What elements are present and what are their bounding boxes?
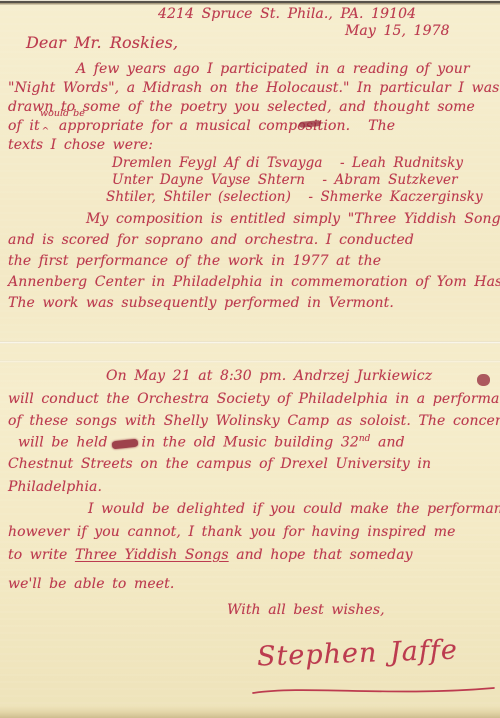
para2-line1: My composition is entitled simply "Three… [86, 211, 500, 229]
salutation-line: Dear Mr. Roskies, [26, 33, 178, 53]
para1-line4-end: The [368, 118, 395, 134]
para3-line6: Philadelphia. [8, 479, 102, 497]
song-separator: - [308, 189, 313, 205]
para4-line1: I would be delighted if you could make t… [88, 501, 500, 519]
scribbled-out-word [111, 438, 138, 449]
para2-line3: the first performance of the work in 197… [8, 253, 381, 271]
para1-line4-pre: of it [8, 118, 40, 134]
song-separator: - [322, 172, 327, 188]
handwritten-letter: 4214 Spruce St. Phila., PA. 19104 May 15… [0, 0, 500, 718]
song-title: Shtiler, Shtiler (selection) [106, 189, 291, 205]
para3-line4: will be heldin the old Music building 32… [18, 434, 405, 452]
scan-bottom-edge [0, 706, 500, 718]
para1-line5: texts I chose were: [8, 137, 153, 155]
para1-line2: "Night Words", a Midrash on the Holocaus… [8, 80, 499, 98]
song-author: Leah Rudnitsky [352, 155, 463, 171]
para2-line5: The work was subsequently performed in V… [8, 295, 394, 313]
ordinal-suffix: nd [359, 434, 371, 444]
song-separator: - [340, 155, 345, 171]
para3-line3: of these songs with Shelly Wolinsky Camp… [8, 413, 500, 431]
closing-line: With all best wishes, [227, 602, 385, 620]
scan-top-edge [0, 0, 500, 5]
para1-line4: of it^would be appropriate for a musical… [8, 118, 395, 138]
para3-line2: will conduct the Orchestra Society of Ph… [8, 391, 500, 409]
para4-line3: to write Three Yiddish Songs and hope th… [8, 547, 413, 565]
para3-line4-c: and [378, 435, 405, 451]
inserted-text: would be [40, 108, 85, 120]
signature: Stephen Jaffe [257, 637, 459, 671]
para3-line5: Chestnut Streets on the campus of Drexel… [8, 456, 431, 474]
song-title: Dremlen Feygl Af di Tsvayga [112, 155, 323, 171]
para4-line2: however if you cannot, I thank you for h… [8, 524, 456, 542]
para2-line4: Annenberg Center in Philadelphia in comm… [8, 274, 500, 292]
ink-blot [477, 374, 490, 386]
para3-line4-a: will be held [18, 435, 108, 451]
song-title: Unter Dayne Vayse Shtern [112, 172, 305, 188]
fold-crease [0, 360, 500, 363]
signature-underline [250, 682, 498, 702]
song-item: Dremlen Feygl Af di Tsvayga - Leah Rudni… [112, 155, 463, 172]
song-item: Shtiler, Shtiler (selection) - Shmerke K… [106, 189, 483, 206]
para2-line2: and is scored for soprano and orchestra.… [8, 232, 414, 250]
date-line: May 15, 1978 [345, 23, 450, 41]
para4-line3-pre: to write [8, 547, 67, 563]
song-author: Abram Sutzkever [335, 172, 458, 188]
para1-line1: A few years ago I participated in a read… [76, 61, 470, 79]
song-author: Shmerke Kaczerginsky [320, 189, 482, 205]
fold-crease [0, 341, 500, 344]
para4-line3-post: and hope that someday [236, 547, 412, 563]
song-item: Unter Dayne Vayse Shtern - Abram Sutzkev… [112, 172, 458, 189]
para3-line4-b: in the old Music building 32 [142, 435, 359, 451]
para3-line1: On May 21 at 8:30 pm. Andrzej Jurkiewicz [106, 368, 432, 386]
underlined-work-title: Three Yiddish Songs [75, 547, 229, 563]
para4-line4: we'll be able to meet. [8, 576, 174, 594]
address-line: 4214 Spruce St. Phila., PA. 19104 [158, 6, 416, 24]
insertion-caret: ^ [42, 127, 50, 137]
